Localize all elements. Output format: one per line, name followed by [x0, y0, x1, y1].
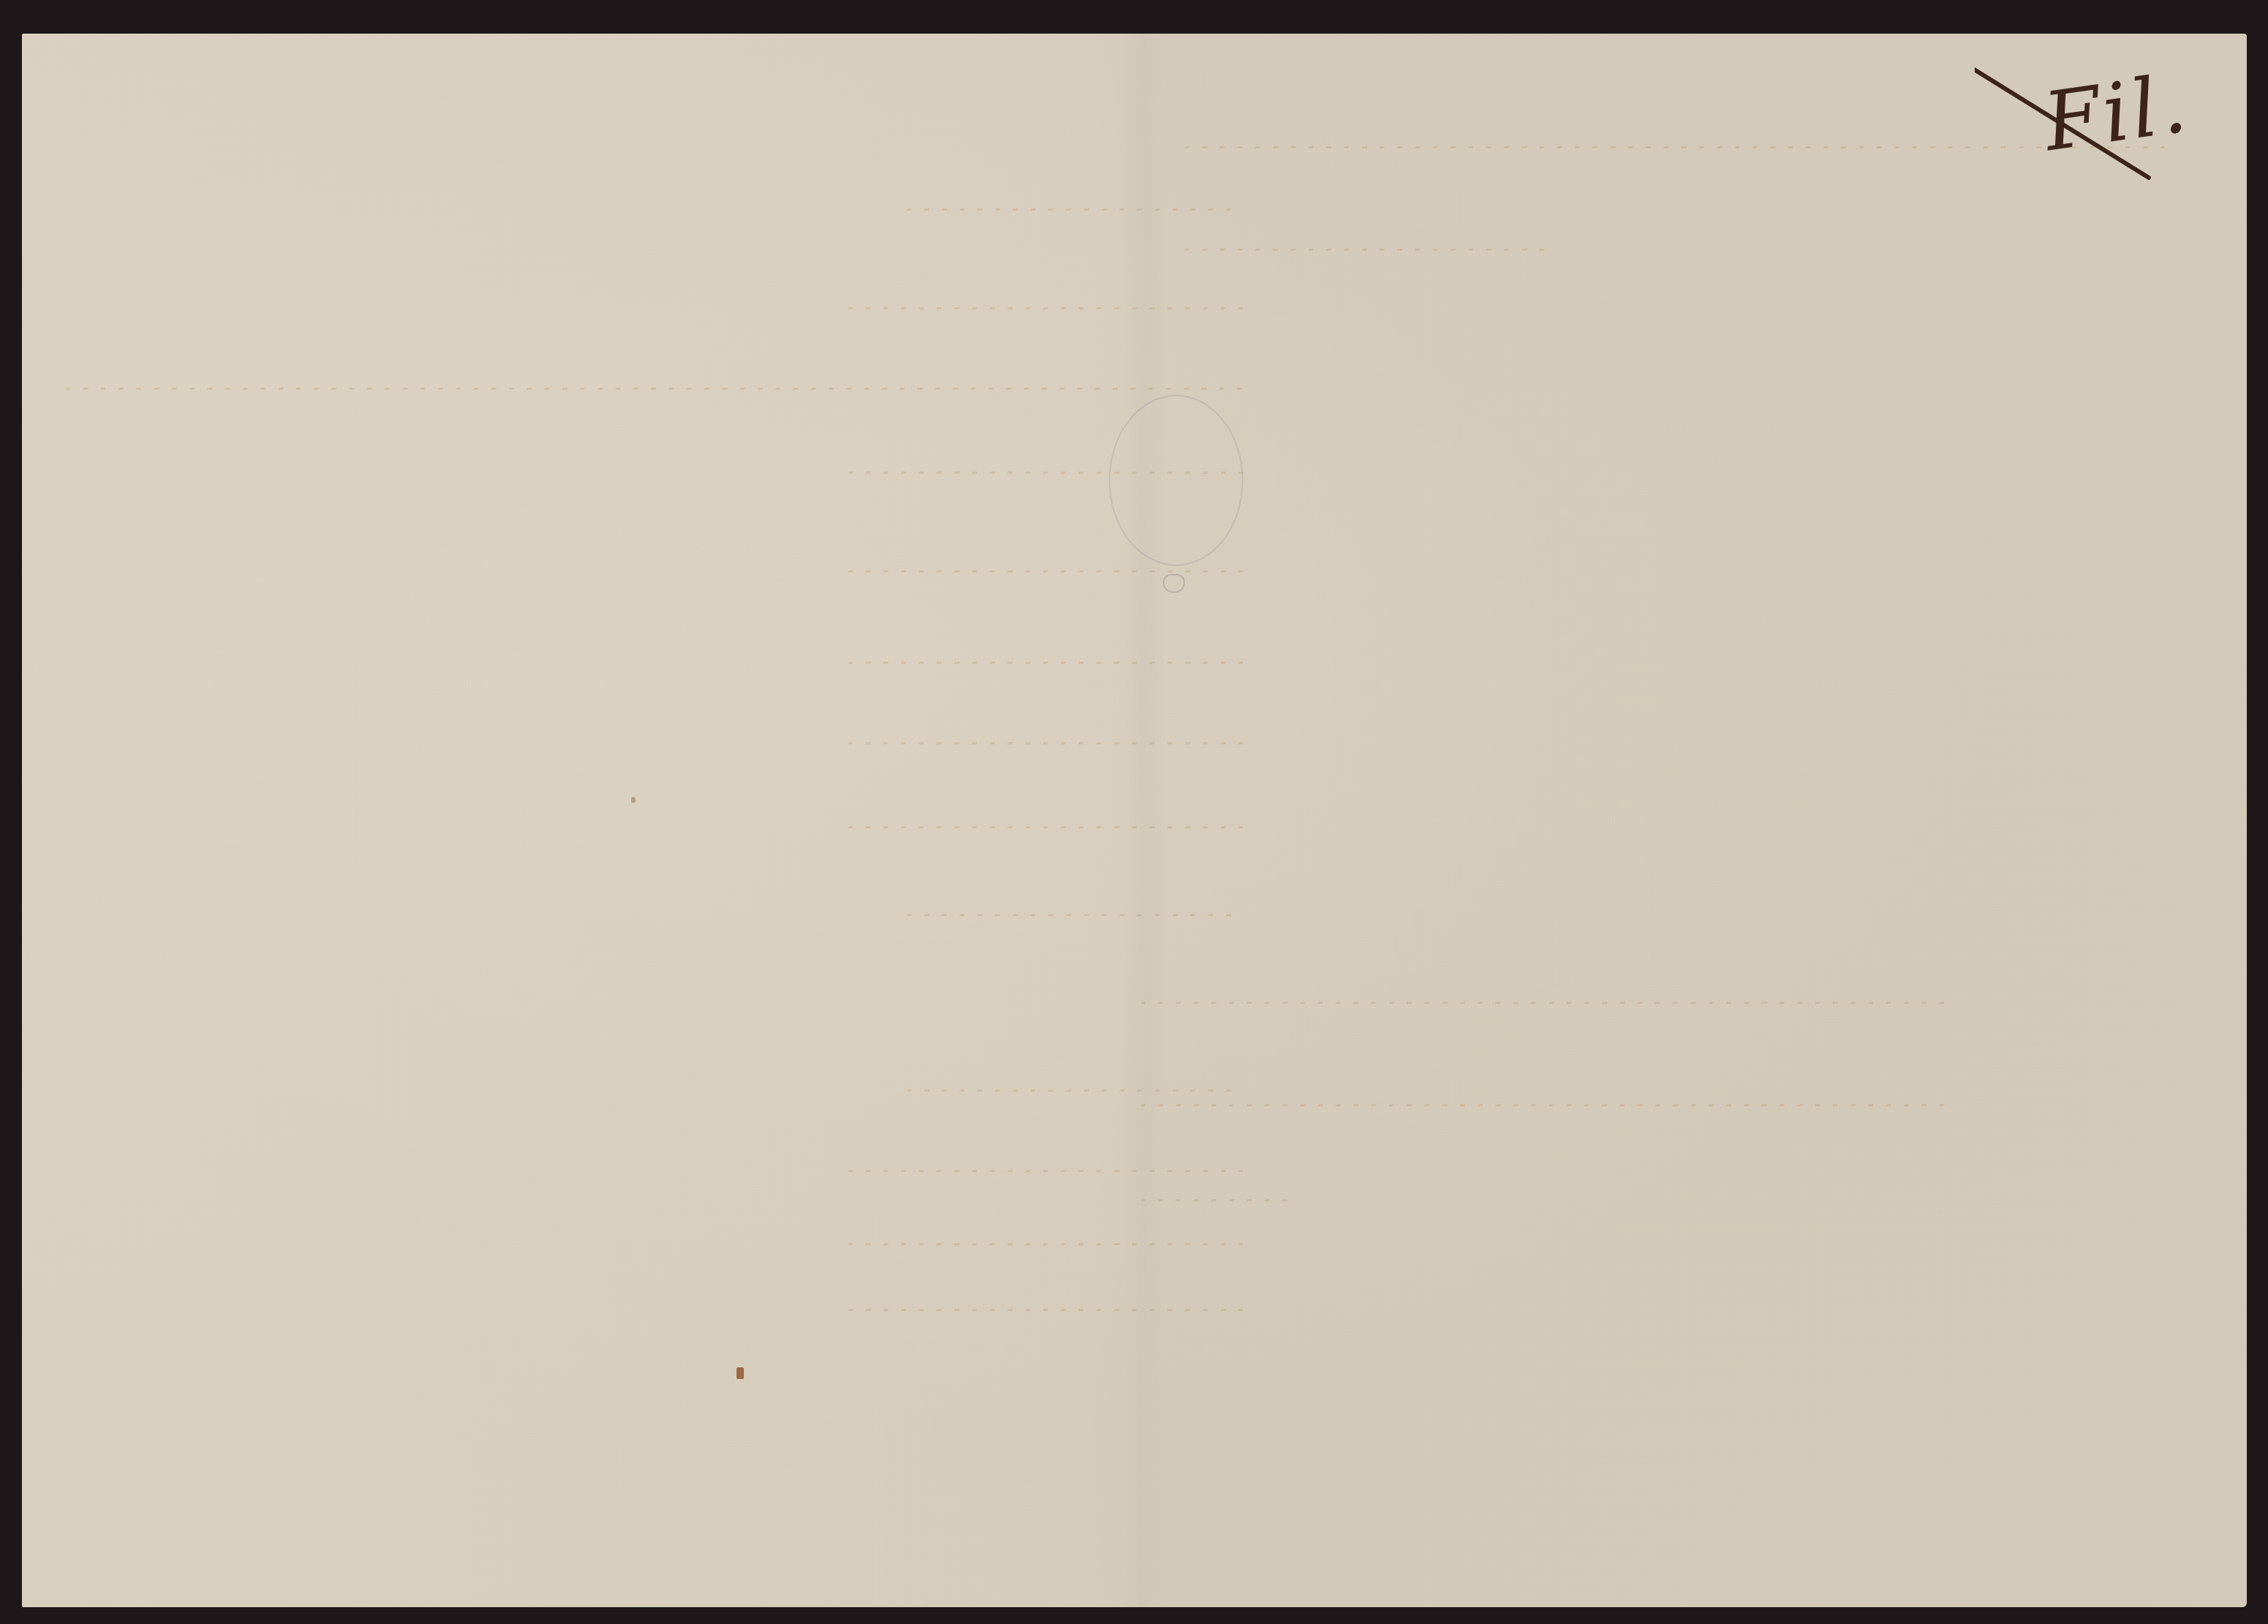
bleed-through-line [848, 1243, 1243, 1245]
bleed-through-line [848, 307, 1243, 309]
bleed-through-line [848, 1309, 1243, 1311]
ink-speck [736, 1367, 744, 1379]
ink-speck [631, 797, 636, 803]
bleed-through-line [1185, 249, 1551, 251]
paper-sheet [22, 34, 2247, 1607]
bleed-through-line [1141, 1002, 1945, 1004]
handwritten-annotation: Fil. [1975, 51, 2209, 197]
bleed-through-line [848, 1170, 1243, 1172]
bleed-through-line [907, 208, 1243, 211]
center-fold [1123, 34, 1167, 1607]
annotation-text: Fil. [2038, 56, 2195, 169]
bleed-through-line [66, 388, 1243, 390]
bleed-through-line [1141, 1104, 1945, 1106]
bleed-through-line [848, 570, 1243, 573]
bleed-through-line [907, 1089, 1243, 1092]
oval-stamp [1109, 395, 1243, 566]
bleed-through-line [848, 742, 1243, 744]
bleed-through-line [848, 662, 1243, 664]
bleed-through-line [848, 826, 1243, 828]
bleed-through-line [907, 914, 1243, 916]
bleed-through-line [1141, 1199, 1287, 1201]
stamp-crown-mark [1163, 574, 1185, 593]
